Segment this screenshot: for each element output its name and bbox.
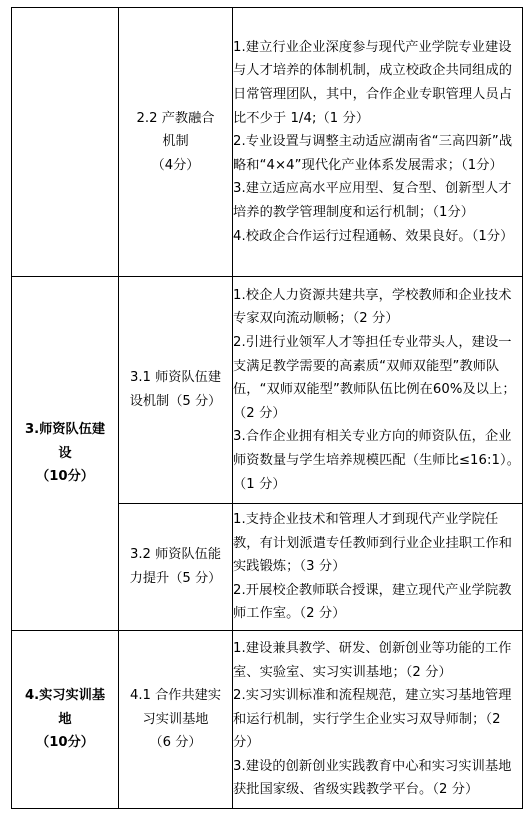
evaluation-rubric-table: 2.2 产教融合 机制 （4分） 1.建立行业企业深度参与现代产业学院专业建设与… — [11, 7, 523, 809]
category-title-cont: 地 — [12, 708, 118, 732]
category-cell-teachers: 3.师资队伍建 设 （10分） — [12, 277, 119, 631]
subcategory-score: （4分） — [119, 154, 232, 178]
category-title: 3.师资队伍建 — [12, 418, 118, 442]
subcategory-title: 3.1 师资队伍建 — [119, 366, 232, 390]
criterion-item: 2.实习实训标准和流程规范，建立实习基地管理和运行机制，实行学生企业实习双导师制… — [233, 684, 522, 755]
category-title-cont: 设 — [12, 442, 118, 466]
criteria-cell-3-2: 1.支持企业技术和管理人才到现代产业学院任教，有计划派遣专任教师到行业企业挂职工… — [233, 504, 523, 631]
criterion-item: 2.引进行业领军人才等担任专业带头人，建设一支满足教学需要的高素质“双师双能型”… — [233, 331, 522, 425]
subcategory-title-cont: 习实训基地 — [119, 708, 232, 732]
table-row-2-2: 2.2 产教融合 机制 （4分） 1.建立行业企业深度参与现代产业学院专业建设与… — [12, 8, 523, 277]
subcategory-score: （6 分） — [119, 731, 232, 755]
criterion-item: 1.校企人力资源共建共享，学校教师和企业技术专家双向流动顺畅；（2 分） — [233, 284, 522, 331]
category-cell-empty — [12, 8, 119, 277]
subcategory-cell-3-1: 3.1 师资队伍建 设机制（5 分） — [119, 277, 233, 504]
category-score: （10分） — [12, 731, 118, 755]
category-title: 4.实习实训基 — [12, 684, 118, 708]
subcategory-cell-4-1: 4.1 合作共建实 习实训基地 （6 分） — [119, 631, 233, 809]
subcategory-cell-3-2: 3.2 师资队伍能 力提升（5 分） — [119, 504, 233, 631]
criterion-item: 2.专业设置与调整主动适应湖南省“三高四新”战略和“4×4”现代化产业体系发展需… — [233, 130, 522, 177]
criteria-cell-3-1: 1.校企人力资源共建共享，学校教师和企业技术专家双向流动顺畅；（2 分） 2.引… — [233, 277, 523, 504]
subcategory-title: 3.2 师资队伍能 — [119, 543, 232, 567]
criteria-cell-2-2: 1.建立行业企业深度参与现代产业学院专业建设与人才培养的体制机制，成立校政企共同… — [233, 8, 523, 277]
subcategory-title-cont: 力提升（5 分） — [119, 567, 232, 591]
table-row-3-1: 3.师资队伍建 设 （10分） 3.1 师资队伍建 设机制（5 分） 1.校企人… — [12, 277, 523, 504]
criterion-item: 3.建设的创新创业实践教育中心和实习实训基地获批国家级、省级实践教学平台。（2 … — [233, 755, 522, 802]
criteria-cell-4-1: 1.建设兼具教学、研发、创新创业等功能的工作室、实验室、实习实训基地；（2 分）… — [233, 631, 523, 809]
table-row-4-1: 4.实习实训基 地 （10分） 4.1 合作共建实 习实训基地 （6 分） 1.… — [12, 631, 523, 809]
criterion-item: 1.建立行业企业深度参与现代产业学院专业建设与人才培养的体制机制，成立校政企共同… — [233, 36, 522, 130]
category-cell-training-base: 4.实习实训基 地 （10分） — [12, 631, 119, 809]
criterion-item: 2.开展校企教师联合授课，建立现代产业学院教师工作室。（2 分） — [233, 579, 522, 626]
category-score: （10分） — [12, 465, 118, 489]
criterion-item: 1.支持企业技术和管理人才到现代产业学院任教，有计划派遣专任教师到行业企业挂职工… — [233, 508, 522, 579]
criterion-item: 4.校政企合作运行过程通畅、效果良好。（1分） — [233, 225, 522, 249]
subcategory-title: 4.1 合作共建实 — [119, 684, 232, 708]
criterion-item: 1.建设兼具教学、研发、创新创业等功能的工作室、实验室、实习实训基地；（2 分） — [233, 637, 522, 684]
subcategory-title-cont: 机制 — [119, 130, 232, 154]
criterion-item: 3.建立适应高水平应用型、复合型、创新型人才培养的教学管理制度和运行机制；（1分… — [233, 177, 522, 224]
subcategory-cell-2-2: 2.2 产教融合 机制 （4分） — [119, 8, 233, 277]
subcategory-title: 2.2 产教融合 — [119, 107, 232, 131]
subcategory-title-cont: 设机制（5 分） — [119, 390, 232, 414]
criterion-item: 3.合作企业拥有相关专业方向的师资队伍，企业师资数量与学生培养规模匹配（生师比≤… — [233, 425, 522, 496]
